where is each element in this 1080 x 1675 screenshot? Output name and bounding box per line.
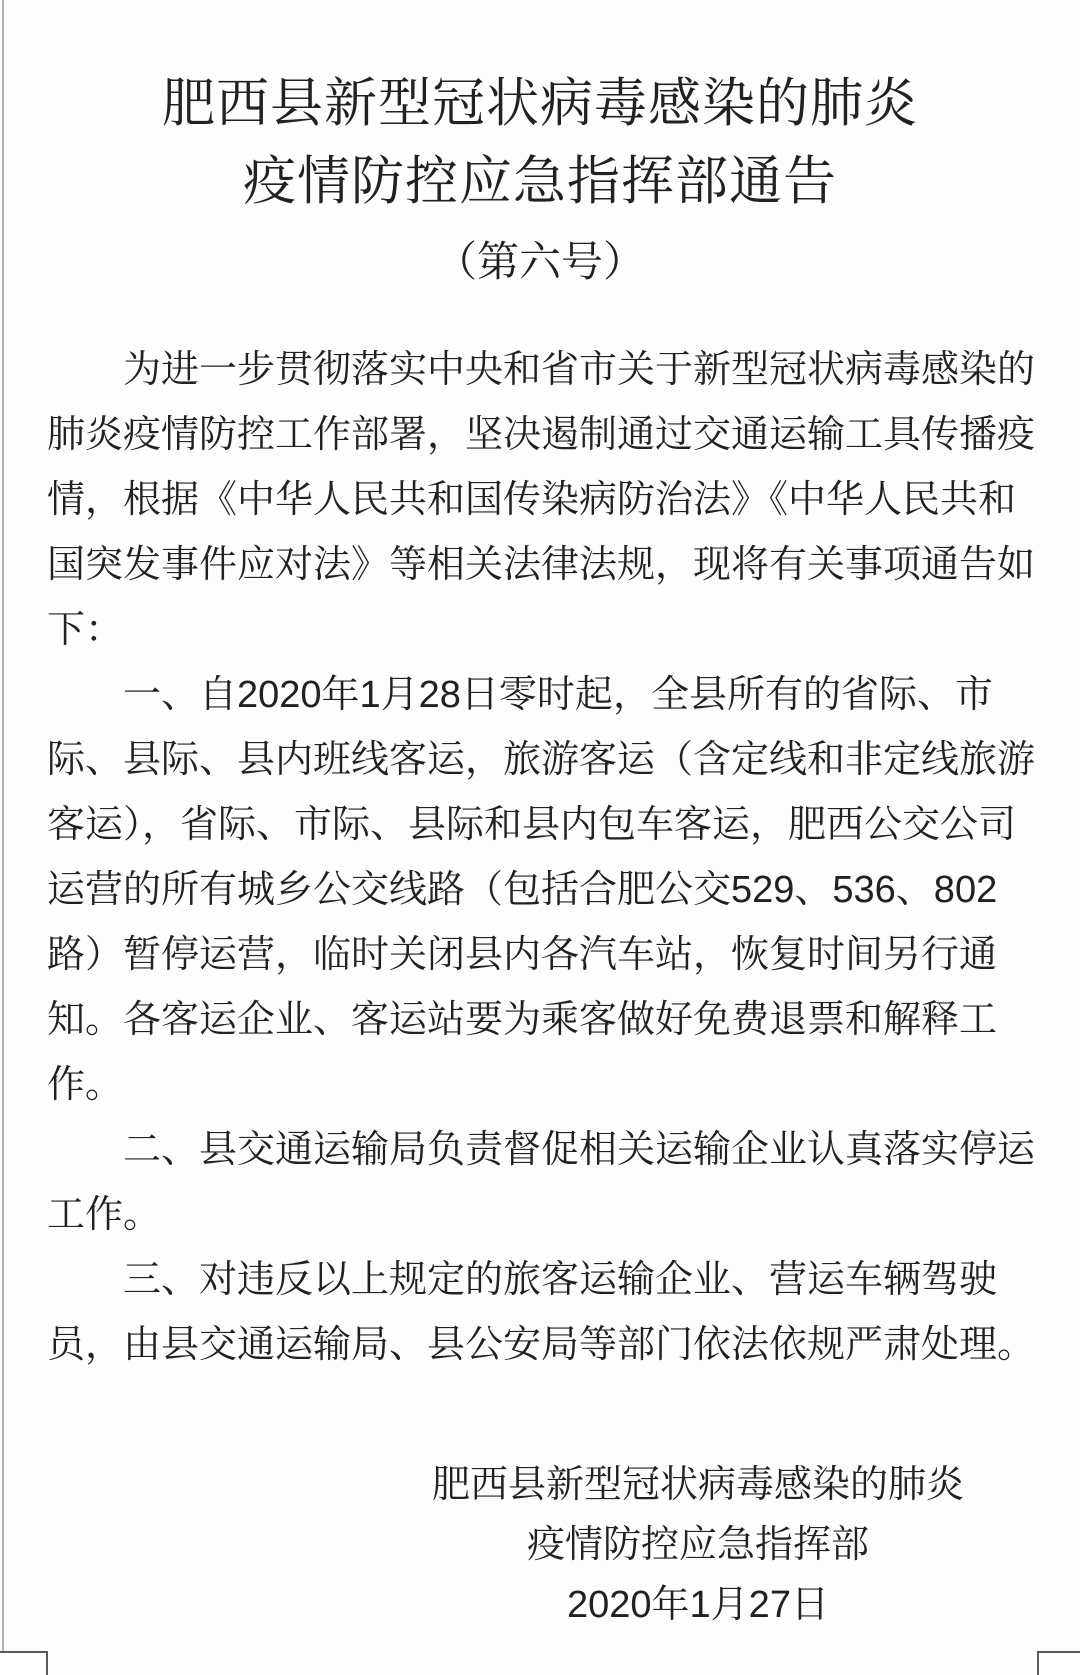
page-edge-line: [2, 0, 4, 1675]
notice-document-page: 肥西县新型冠状病毒感染的肺炎 疫情防控应急指挥部通告 （第六号） 为进一步贯彻落…: [0, 0, 1080, 1675]
body-line: 际、县际、县内班线客运，旅游客运（含定线和非定线旅游: [47, 728, 1035, 793]
document-body: 为进一步贯彻落实中央和省市关于新型冠状病毒感染的 肺炎疫情防控工作部署，坚决遏制…: [0, 338, 1080, 1378]
body-line: 员，由县交通运输局、县公安局等部门依法依规严肃处理。: [47, 1313, 1035, 1378]
body-line: 肺炎疫情防控工作部署，坚决遏制通过交通运输工具传播疫: [47, 403, 1035, 468]
signature-org-line-2: 疫情防控应急指挥部: [432, 1515, 964, 1575]
signature-block: 肥西县新型冠状病毒感染的肺炎 疫情防控应急指挥部 2020年1月27日: [432, 1455, 964, 1635]
body-line: 一、自2020年1月28日零时起，全县所有的省际、市: [47, 663, 1035, 728]
body-line: 情，根据《中华人民共和国传染病防治法》《中华人民共和: [47, 468, 1035, 533]
signature-date: 2020年1月27日: [432, 1575, 964, 1635]
body-line: 下：: [47, 598, 1035, 663]
body-line: 客运），省际、市际、县际和县内包车客运，肥西公交公司: [47, 793, 1035, 858]
issue-number: （第六号）: [0, 241, 1080, 283]
body-line: 路）暂停运营，临时关闭县内各汽车站，恢复时间另行通: [47, 923, 1035, 988]
signature-org-line-1: 肥西县新型冠状病毒感染的肺炎: [432, 1455, 964, 1515]
body-line: 工作。: [47, 1183, 1035, 1248]
body-line: 二、县交通运输局负责督促相关运输企业认真落实停运: [47, 1118, 1035, 1183]
document-title: 肥西县新型冠状病毒感染的肺炎 疫情防控应急指挥部通告 （第六号）: [0, 0, 1080, 283]
table-cell-corner-left: [0, 1651, 48, 1675]
body-line: 知。各客运企业、客运站要为乘客做好免费退票和解释工: [47, 988, 1035, 1053]
title-line-2: 疫情防控应急指挥部通告: [0, 155, 1080, 208]
body-line: 作。: [47, 1053, 1035, 1118]
body-line: 三、对违反以上规定的旅客运输企业、营运车辆驾驶: [47, 1248, 1035, 1313]
body-line: 为进一步贯彻落实中央和省市关于新型冠状病毒感染的: [47, 338, 1035, 403]
body-line: 运营的所有城乡公交线路（包括合肥公交529、536、802: [47, 858, 1035, 923]
title-line-1: 肥西县新型冠状病毒感染的肺炎: [0, 0, 1080, 130]
table-cell-corner-right: [1037, 1651, 1080, 1675]
body-line: 国突发事件应对法》等相关法律法规，现将有关事项通告如: [47, 533, 1035, 598]
